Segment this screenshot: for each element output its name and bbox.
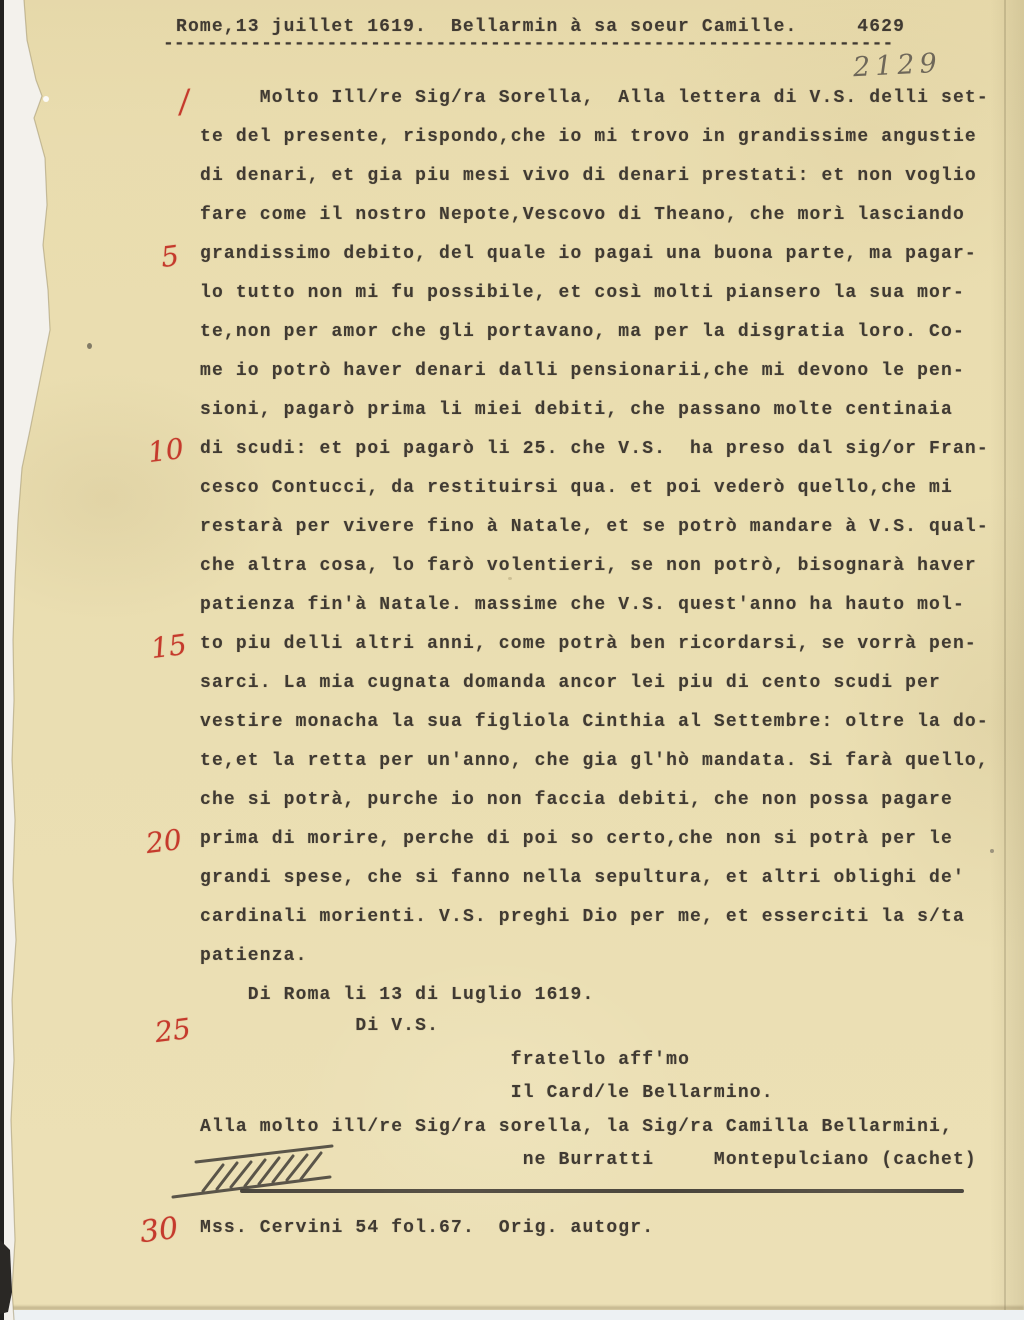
paper-right-shade (990, 0, 1024, 1312)
typed-line: to piu delli altri anni, come potrà ben … (200, 625, 989, 664)
typed-line: sarci. La mia cugnata domanda ancor lei … (200, 664, 989, 703)
scan-speck (508, 577, 512, 580)
margin-line-number-20: 20 (144, 823, 183, 860)
typed-line: grandi spese, che si fanno nella sepultu… (200, 859, 989, 898)
typed-line: te,non per amor che gli portavano, ma pe… (200, 313, 989, 352)
typed-line: me io potrò haver denari dalli pensionar… (200, 352, 989, 391)
typed-line: di denari, et gia piu mesi vivo di denar… (200, 157, 989, 196)
pencil-archival-number: 2129 (852, 48, 942, 84)
typed-line: prima di morire, perche di poi so certo,… (200, 820, 989, 859)
letter-body: Molto Ill/re Sig/ra Sorella, Alla letter… (200, 79, 989, 1015)
scanned-letter-page: Rome,13 juillet 1619. Bellarmin à sa soe… (0, 0, 1024, 1320)
bottom-rule (240, 1189, 964, 1193)
margin-line-number-10: 10 (146, 432, 185, 469)
typed-line: patienza. (200, 937, 989, 976)
scan-speck (990, 849, 994, 853)
typed-line: Di V.S. (200, 1010, 977, 1044)
typed-line: che altra cosa, lo farò volentieri, se n… (200, 547, 989, 586)
typed-line: di scudi: et poi pagarò li 25. che V.S. … (200, 430, 989, 469)
margin-line-number-25: 25 (153, 1012, 192, 1049)
typed-line: fratello aff'mo (200, 1044, 977, 1078)
scan-speck (87, 343, 92, 349)
margin-line-number-5: 5 (159, 239, 181, 274)
typed-line: fare come il nostro Nepote,Vescovo di Th… (200, 196, 989, 235)
typed-line: che si potrà, purche io non faccia debit… (200, 781, 989, 820)
typed-line: patienza fin'à Natale. massime che V.S. … (200, 586, 989, 625)
typed-line: te del presente, rispondo,che io mi trov… (200, 118, 989, 157)
scan-bottom-background (0, 1310, 1024, 1320)
typed-line: Molto Ill/re Sig/ra Sorella, Alla letter… (200, 79, 989, 118)
typed-line: te,et la retta per un'anno, che gia gl'h… (200, 742, 989, 781)
typed-line: restarà per vivere fino à Natale, et se … (200, 508, 989, 547)
paper-right-crease (1004, 0, 1006, 1312)
hatch-mark (145, 1135, 355, 1207)
margin-line-number-15: 15 (149, 628, 188, 665)
typed-line: lo tutto non mi fu possibile, et così mo… (200, 274, 989, 313)
typed-line: cardinali morienti. V.S. preghi Dio per … (200, 898, 989, 937)
footer-citation: Mss. Cervini 54 fol.67. Orig. autogr. (200, 1213, 654, 1243)
margin-line-number-30: 30 (138, 1211, 180, 1250)
typed-line: Il Card/le Bellarmino. (200, 1077, 977, 1111)
header-dashed-underline: ----------------------------------------… (163, 34, 893, 54)
typed-line: cesco Contucci, da restituirsi qua. et p… (200, 469, 989, 508)
typed-line: sioni, pagarò prima li miei debiti, che … (200, 391, 989, 430)
torn-left-edge (0, 0, 70, 1320)
typed-line: grandissimo debito, del quale io pagai u… (200, 235, 989, 274)
typed-line: vestire monacha la sua figliola Cinthia … (200, 703, 989, 742)
